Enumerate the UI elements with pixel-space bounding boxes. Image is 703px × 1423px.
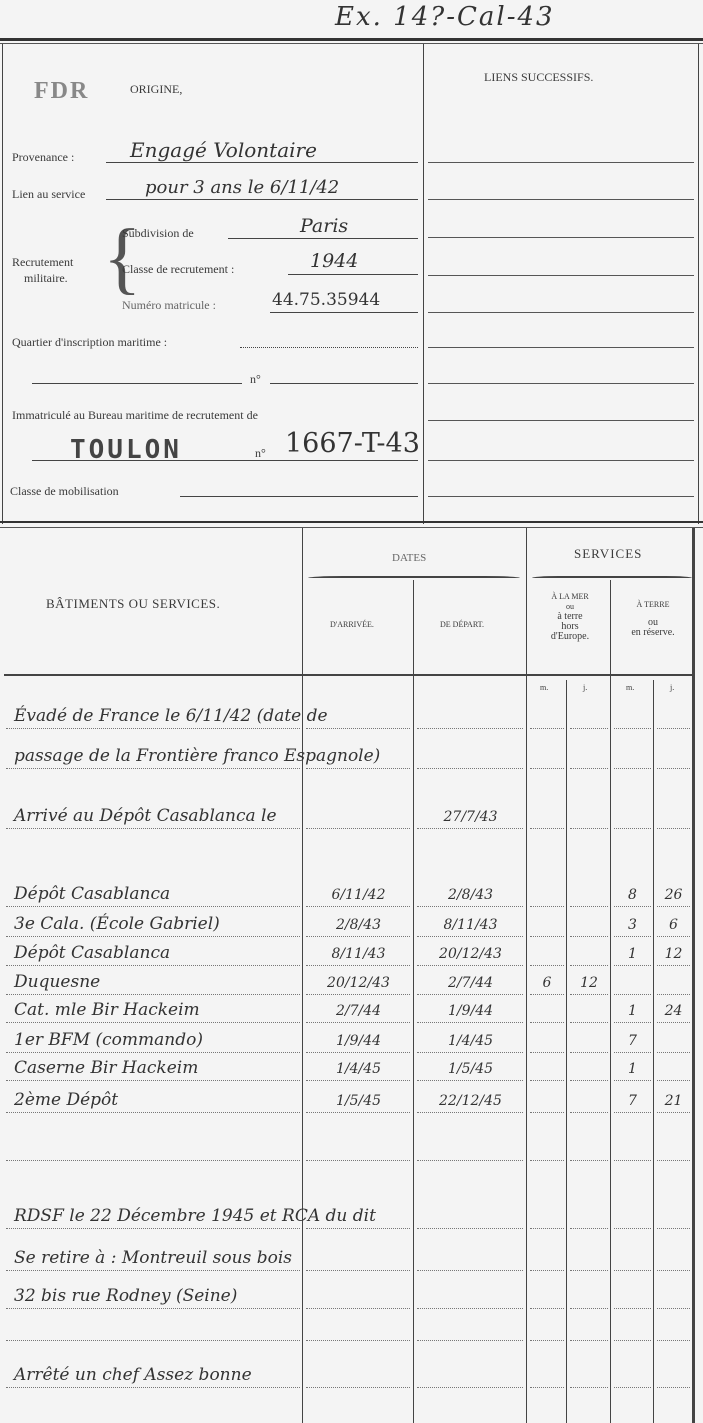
row-depart: 2/7/44 bbox=[415, 975, 526, 991]
row-description: Arrivé au Dépôt Casablanca le bbox=[14, 806, 277, 826]
row-rule bbox=[530, 1112, 564, 1113]
row-rule bbox=[657, 906, 690, 907]
document-reference: Ex. 14?-Cal-43 bbox=[335, 2, 555, 32]
row-depart: 1/4/45 bbox=[415, 1033, 526, 1049]
row-rule bbox=[530, 1228, 564, 1229]
bureau-value: TOULON bbox=[70, 435, 182, 465]
row-depart: 2/8/43 bbox=[415, 887, 526, 903]
provenance-value: Engagé Volontaire bbox=[130, 138, 317, 162]
row-rule bbox=[306, 768, 410, 769]
row-rule bbox=[306, 994, 410, 995]
row-depart: 8/11/43 bbox=[415, 917, 526, 933]
row-rule bbox=[417, 936, 523, 937]
quartier-label: Quartier d'inscription maritime : bbox=[12, 335, 167, 350]
section-divider-inner bbox=[0, 527, 703, 528]
row-rule bbox=[657, 1080, 690, 1081]
row-rule bbox=[417, 1052, 523, 1053]
row-rule bbox=[417, 1387, 523, 1388]
header-bottom-line bbox=[4, 674, 694, 676]
top-border bbox=[0, 38, 703, 41]
row-rule bbox=[614, 768, 651, 769]
liens-rule bbox=[428, 496, 694, 497]
row-description: Caserne Bir Hackeim bbox=[14, 1058, 198, 1078]
row-rule bbox=[417, 728, 523, 729]
row-depart: 1/9/44 bbox=[415, 1003, 526, 1019]
row-rule bbox=[6, 1340, 300, 1341]
row-rule bbox=[6, 1308, 300, 1309]
row-rule bbox=[417, 1022, 523, 1023]
bureau-no-value: 1667-T-43 bbox=[285, 428, 420, 459]
liens-rule bbox=[428, 347, 694, 348]
row-terre-j: 6 bbox=[655, 917, 692, 933]
row-depart: 27/7/43 bbox=[415, 809, 526, 825]
row-rule bbox=[530, 936, 564, 937]
row-description: Arrêté un chef Assez bonne bbox=[14, 1365, 252, 1385]
row-rule bbox=[417, 906, 523, 907]
row-rule bbox=[614, 728, 651, 729]
row-description: Dépôt Casablanca bbox=[14, 943, 170, 963]
row-rule bbox=[657, 965, 690, 966]
row-rule bbox=[614, 1052, 651, 1053]
row-rule bbox=[6, 1112, 300, 1113]
row-description: 3e Cala. (École Gabriel) bbox=[14, 914, 220, 934]
row-rule bbox=[614, 1112, 651, 1113]
row-terre-m: 7 bbox=[612, 1033, 653, 1049]
row-rule bbox=[6, 1052, 300, 1053]
liens-rule bbox=[428, 460, 694, 461]
matricule-label: Numéro matricule : bbox=[122, 298, 216, 313]
row-rule bbox=[306, 1112, 410, 1113]
row-description: Dépôt Casablanca bbox=[14, 884, 170, 904]
liens-rule bbox=[428, 312, 694, 313]
classe-recrutement-label: Classe de recrutement : bbox=[122, 262, 234, 277]
row-rule bbox=[530, 1340, 564, 1341]
liens-rule bbox=[428, 162, 694, 163]
row-rule bbox=[614, 1387, 651, 1388]
row-arrivee: 8/11/43 bbox=[304, 946, 413, 962]
row-rule bbox=[417, 1160, 523, 1161]
row-rule bbox=[306, 828, 410, 829]
header-mer: À LA MER ou à terre hors d'Europe. bbox=[530, 592, 610, 642]
upper-right-border bbox=[698, 44, 699, 524]
row-arrivee: 1/9/44 bbox=[304, 1033, 413, 1049]
row-rule bbox=[657, 994, 690, 995]
row-rule bbox=[657, 1270, 690, 1271]
row-rule bbox=[657, 1387, 690, 1388]
row-rule bbox=[570, 1270, 608, 1271]
row-arrivee: 2/8/43 bbox=[304, 917, 413, 933]
row-rule bbox=[417, 1340, 523, 1341]
row-rule bbox=[6, 828, 300, 829]
liens-rule bbox=[428, 237, 694, 238]
col-border-5 bbox=[610, 580, 611, 1423]
row-rule bbox=[614, 965, 651, 966]
matricule-value: 44.75.35944 bbox=[272, 290, 380, 310]
row-mer-j: 12 bbox=[568, 975, 610, 991]
subdivision-value: Paris bbox=[300, 215, 348, 237]
row-description: Duquesne bbox=[14, 972, 100, 992]
header-services: SERVICES bbox=[574, 546, 642, 562]
row-rule bbox=[570, 1022, 608, 1023]
row-rule bbox=[6, 1080, 300, 1081]
row-rule bbox=[614, 936, 651, 937]
row-rule bbox=[614, 1340, 651, 1341]
row-depart: 1/5/45 bbox=[415, 1061, 526, 1077]
subheader-mer-j: j. bbox=[583, 683, 587, 692]
header-depart: DE DÉPART. bbox=[440, 620, 484, 629]
row-rule bbox=[306, 1080, 410, 1081]
row-terre-m: 1 bbox=[612, 1061, 653, 1077]
row-rule bbox=[306, 1022, 410, 1023]
header-mer-1: À LA MER bbox=[530, 592, 610, 602]
section-divider bbox=[0, 521, 703, 523]
row-rule bbox=[306, 1387, 410, 1388]
col-border-1 bbox=[302, 528, 303, 1423]
row-rule bbox=[570, 1160, 608, 1161]
row-rule bbox=[417, 1112, 523, 1113]
row-rule bbox=[530, 828, 564, 829]
row-rule bbox=[614, 1228, 651, 1229]
header-terre-3: en réserve. bbox=[613, 628, 693, 638]
upper-left-border bbox=[2, 44, 3, 524]
row-rule bbox=[306, 1308, 410, 1309]
row-rule bbox=[570, 1387, 608, 1388]
row-description: 32 bis rue Rodney (Seine) bbox=[14, 1286, 237, 1306]
classe-mobilisation-label: Classe de mobilisation bbox=[10, 484, 119, 499]
row-rule bbox=[6, 728, 300, 729]
row-rule bbox=[530, 1270, 564, 1271]
liens-rule bbox=[428, 275, 694, 276]
row-rule bbox=[6, 906, 300, 907]
row-rule bbox=[306, 965, 410, 966]
row-description: Cat. mle Bir Hackeim bbox=[14, 1000, 200, 1020]
row-rule bbox=[657, 936, 690, 937]
row-rule bbox=[657, 1340, 690, 1341]
row-rule bbox=[417, 1270, 523, 1271]
services-brace bbox=[532, 576, 692, 578]
row-terre-m: 8 bbox=[612, 887, 653, 903]
subheader-terre-m: m. bbox=[626, 683, 634, 692]
recrutement-label-1: Recrutement bbox=[12, 255, 73, 270]
row-rule bbox=[6, 768, 300, 769]
row-rule bbox=[6, 1228, 300, 1229]
row-rule bbox=[614, 1160, 651, 1161]
row-rule bbox=[657, 828, 690, 829]
row-rule bbox=[417, 965, 523, 966]
row-arrivee: 20/12/43 bbox=[304, 975, 413, 991]
row-description: RDSF le 22 Décembre 1945 et RCA du dit bbox=[14, 1206, 376, 1226]
row-rule bbox=[530, 906, 564, 907]
row-rule bbox=[614, 1080, 651, 1081]
row-rule bbox=[306, 1270, 410, 1271]
row-rule bbox=[6, 936, 300, 937]
header-batiments: BÂTIMENTS OU SERVICES. bbox=[46, 596, 220, 612]
row-rule bbox=[306, 1340, 410, 1341]
row-rule bbox=[6, 1270, 300, 1271]
row-rule bbox=[6, 1387, 300, 1388]
row-rule bbox=[570, 768, 608, 769]
immatricule-label: Immatriculé au Bureau maritime de recrut… bbox=[12, 408, 258, 423]
row-arrivee: 1/4/45 bbox=[304, 1061, 413, 1077]
no-label: n° bbox=[250, 372, 261, 387]
row-rule bbox=[306, 1228, 410, 1229]
row-terre-j: 12 bbox=[655, 946, 692, 962]
row-rule bbox=[570, 1052, 608, 1053]
row-rule bbox=[657, 1112, 690, 1113]
row-rule bbox=[306, 1160, 410, 1161]
row-rule bbox=[657, 1052, 690, 1053]
row-terre-m: 3 bbox=[612, 917, 653, 933]
row-rule bbox=[530, 1308, 564, 1309]
row-rule bbox=[530, 768, 564, 769]
row-rule bbox=[6, 965, 300, 966]
row-rule bbox=[570, 728, 608, 729]
col-border-2 bbox=[413, 580, 414, 1423]
row-terre-m: 1 bbox=[612, 946, 653, 962]
row-rule bbox=[530, 1080, 564, 1081]
row-rule bbox=[6, 994, 300, 995]
header-mer-5: d'Europe. bbox=[530, 632, 610, 642]
row-rule bbox=[530, 1387, 564, 1388]
row-rule bbox=[614, 828, 651, 829]
row-terre-j: 21 bbox=[655, 1093, 692, 1109]
row-rule bbox=[614, 906, 651, 907]
row-rule bbox=[306, 1052, 410, 1053]
row-rule bbox=[657, 1160, 690, 1161]
top-border-inner bbox=[0, 43, 703, 44]
row-rule bbox=[306, 728, 410, 729]
row-rule bbox=[306, 936, 410, 937]
row-description: 1er BFM (commando) bbox=[14, 1030, 203, 1050]
bureau-no-label: n° bbox=[255, 446, 266, 461]
row-rule bbox=[6, 1022, 300, 1023]
subdivision-label: Subdivision de bbox=[122, 226, 194, 241]
row-rule bbox=[570, 906, 608, 907]
row-arrivee: 6/11/42 bbox=[304, 887, 413, 903]
row-rule bbox=[417, 1080, 523, 1081]
row-rule bbox=[530, 1022, 564, 1023]
row-rule bbox=[6, 1160, 300, 1161]
row-rule bbox=[570, 1228, 608, 1229]
row-description: passage de la Frontière franco Espagnole… bbox=[14, 746, 380, 766]
row-rule bbox=[614, 1022, 651, 1023]
provenance-label: Provenance : bbox=[12, 150, 74, 165]
col-border-4 bbox=[566, 680, 567, 1423]
row-rule bbox=[614, 994, 651, 995]
row-arrivee: 2/7/44 bbox=[304, 1003, 413, 1019]
row-rule bbox=[570, 965, 608, 966]
header-arrivee: D'ARRIVÉE. bbox=[330, 620, 374, 629]
origin-title: ORIGINE, bbox=[130, 82, 182, 97]
liens-rule bbox=[428, 383, 694, 384]
row-rule bbox=[570, 1308, 608, 1309]
subheader-mer-m: m. bbox=[540, 683, 548, 692]
row-rule bbox=[614, 1270, 651, 1271]
row-rule bbox=[417, 1308, 523, 1309]
row-rule bbox=[306, 906, 410, 907]
subheader-terre-j: j. bbox=[670, 683, 674, 692]
row-rule bbox=[530, 965, 564, 966]
header-terre-1: À TERRE bbox=[613, 600, 693, 610]
row-rule bbox=[570, 1112, 608, 1113]
row-rule bbox=[614, 1308, 651, 1309]
liens-rule bbox=[428, 420, 694, 421]
row-rule bbox=[417, 828, 523, 829]
row-rule bbox=[530, 1052, 564, 1053]
col-border-6 bbox=[653, 680, 654, 1423]
row-description: Évadé de France le 6/11/42 (date de bbox=[14, 706, 328, 726]
upper-divider bbox=[423, 44, 424, 524]
row-rule bbox=[570, 936, 608, 937]
row-rule bbox=[417, 994, 523, 995]
row-terre-j: 24 bbox=[655, 1003, 692, 1019]
liens-rule bbox=[428, 199, 694, 200]
row-rule bbox=[657, 1308, 690, 1309]
fdr-logo: FDR bbox=[34, 78, 89, 105]
row-terre-m: 1 bbox=[612, 1003, 653, 1019]
row-rule bbox=[417, 1228, 523, 1229]
row-description: Se retire à : Montreuil sous bois bbox=[14, 1248, 292, 1268]
row-rule bbox=[657, 728, 690, 729]
row-rule bbox=[657, 1022, 690, 1023]
row-rule bbox=[530, 1160, 564, 1161]
row-depart: 22/12/45 bbox=[415, 1093, 526, 1109]
header-dates: DATES bbox=[392, 552, 426, 564]
row-arrivee: 1/5/45 bbox=[304, 1093, 413, 1109]
header-terre: À TERRE ou en réserve. bbox=[613, 600, 693, 638]
row-rule bbox=[570, 994, 608, 995]
row-depart: 20/12/43 bbox=[415, 946, 526, 962]
col-border-7 bbox=[692, 528, 695, 1423]
row-rule bbox=[570, 1340, 608, 1341]
row-rule bbox=[530, 728, 564, 729]
row-rule bbox=[657, 1228, 690, 1229]
classe-recrutement-value: 1944 bbox=[310, 250, 358, 272]
recrutement-label-2: militaire. bbox=[24, 271, 68, 286]
row-rule bbox=[417, 768, 523, 769]
lien-label: Lien au service bbox=[12, 187, 85, 202]
row-description: 2ème Dépôt bbox=[14, 1090, 118, 1110]
row-rule bbox=[657, 768, 690, 769]
row-mer-m: 6 bbox=[528, 975, 566, 991]
dates-brace bbox=[308, 576, 520, 578]
liens-title: LIENS SUCCESSIFS. bbox=[484, 70, 593, 85]
row-rule bbox=[570, 828, 608, 829]
row-rule bbox=[570, 1080, 608, 1081]
lien-value: pour 3 ans le 6/11/42 bbox=[145, 177, 339, 198]
row-terre-j: 26 bbox=[655, 887, 692, 903]
col-border-3 bbox=[526, 528, 527, 1423]
row-rule bbox=[530, 994, 564, 995]
row-terre-m: 7 bbox=[612, 1093, 653, 1109]
